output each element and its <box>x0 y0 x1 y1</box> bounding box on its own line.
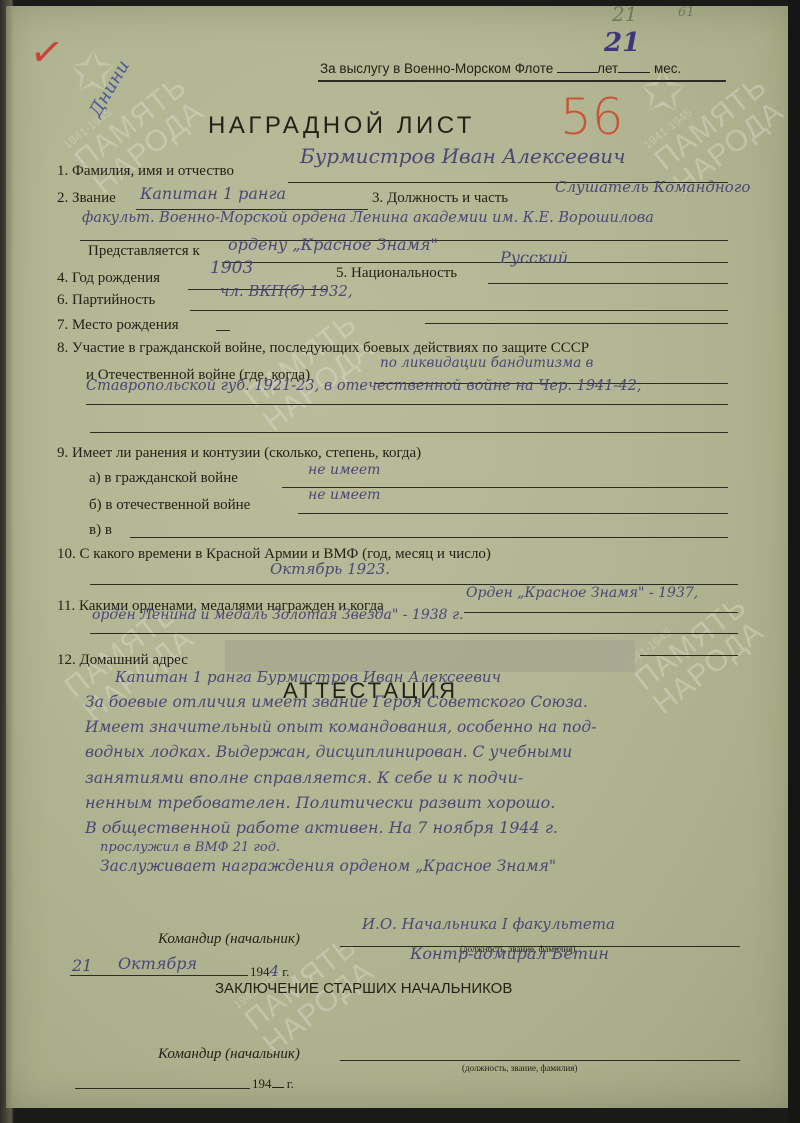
field-9b-label: б) в отечественной войне <box>89 497 250 514</box>
field-9a-label: а) в гражданской войне <box>89 470 238 487</box>
field-12-line <box>640 655 738 656</box>
ink-number: 21 <box>604 28 640 58</box>
field-6-label: 6. Партийность <box>57 292 155 309</box>
service-length-line: За выслугу в Военно-Морском Флоте лет ме… <box>320 61 681 76</box>
presented-label: Представляется к <box>88 243 200 260</box>
red-number: 56 <box>560 88 624 146</box>
field-8-value-1: по ликвидации бандитизма в <box>380 355 593 371</box>
field-8-line-3 <box>90 432 728 433</box>
conclusion-commander-line <box>340 1060 740 1061</box>
field-11-line-1 <box>464 612 738 613</box>
date-month: Октября <box>118 954 197 973</box>
field-7-line-a <box>216 330 230 331</box>
field-11-value-1: Орден „Красное Знамя" - 1937, <box>466 585 698 601</box>
attestation-line: ненным требователен. Политически развит … <box>85 793 555 812</box>
field-10-value: Октябрь 1923. <box>270 560 390 578</box>
field-3-label: 3. Должность и часть <box>372 190 508 207</box>
attestation-line: Имеет значительный опыт командования, ос… <box>85 718 596 736</box>
page-left-edge <box>0 0 14 1123</box>
field-3-value: Слушатель Командного <box>555 178 750 196</box>
field-1-label: 1. Фамилия, имя и отчество <box>57 163 234 180</box>
field-4-value: 1903 <box>210 258 253 278</box>
attestation-line: водных лодках. Выдержан, дисциплинирован… <box>85 743 572 761</box>
conclusion-commander-label: Командир (начальник) <box>158 1046 300 1063</box>
attestation-line: За боевые отличия имеет звание Героя Сов… <box>85 693 588 711</box>
field-6-value: чл. ВКП(б) 1932, <box>220 282 353 300</box>
header-rule <box>318 80 726 82</box>
field-7-line <box>425 323 728 324</box>
field-3-value-cont: факульт. Военно-Морской ордена Ленина ак… <box>82 210 654 226</box>
field-6-line <box>190 310 728 311</box>
page-right-edge <box>788 0 800 1123</box>
conclusion-heading: ЗАКЛЮЧЕНИЕ СТАРШИХ НАЧАЛЬНИКОВ <box>215 980 512 997</box>
page-title: НАГРАДНОЙ ЛИСТ <box>208 112 475 140</box>
field-4-label: 4. Год рождения <box>57 270 160 287</box>
attestation-line: Заслуживает награждения орденом „Красное… <box>100 857 556 875</box>
commander-value: И.О. Начальника I факультета <box>362 915 615 933</box>
check-mark-icon: ✓ <box>27 28 67 78</box>
attestation-line: Капитан 1 ранга Бурмистров Иван Алексеев… <box>115 668 501 686</box>
conclusion-caption: (должность, звание, фамилия) <box>462 1063 577 1073</box>
date-line <box>70 975 248 976</box>
field-9c-line <box>130 537 728 538</box>
date-year: 1944 г. <box>250 962 289 980</box>
field-9c-label: в) в <box>89 522 112 539</box>
field-2-value: Капитан 1 ранга <box>140 184 286 203</box>
conclusion-year: 194 г. <box>252 1076 294 1092</box>
commander-label: Командир (начальник) <box>158 931 300 948</box>
field-1-value: Бурмистров Иван Алексеевич <box>300 144 626 168</box>
field-7-label: 7. Место рождения <box>57 317 179 334</box>
attestation-line: В общественной работе активен. На 7 нояб… <box>85 818 558 837</box>
field-9-label: 9. Имеет ли ранения и контузии (сколько,… <box>57 445 421 462</box>
field-2-label: 2. Звание <box>57 190 116 207</box>
field-5-label: 5. Национальность <box>336 265 457 282</box>
signer-name: Контр-адмирал Бетин <box>410 944 609 963</box>
field-8-line-2 <box>86 404 728 405</box>
attestation-line: прослужил в ВМФ 21 год. <box>100 840 280 855</box>
attestation-line: занятиями вполне справляется. К себе и к… <box>85 768 523 787</box>
field-9b-value: не имеет <box>308 487 380 503</box>
field-5-value: Русский <box>500 248 568 267</box>
field-5-line <box>488 283 728 284</box>
pencil-number: 21 <box>612 2 637 26</box>
field-12-label: 12. Домашний адрес <box>57 652 188 669</box>
field-11-line-2 <box>90 633 738 634</box>
date-day: 21 <box>72 956 92 975</box>
field-9a-value: не имеет <box>308 462 380 478</box>
corner-number: 61 <box>678 5 695 20</box>
field-8-value-2: Ставропольской губ. 1921-23, в отечестве… <box>86 378 641 394</box>
field-11-value-2: орден Ленина и медаль Золотая Звезда" - … <box>92 607 464 623</box>
presented-line <box>222 262 728 263</box>
field-9b-line <box>298 513 728 514</box>
conclusion-date-line <box>75 1088 250 1089</box>
presented-value: ордену „Красное Знамя" <box>228 235 438 254</box>
